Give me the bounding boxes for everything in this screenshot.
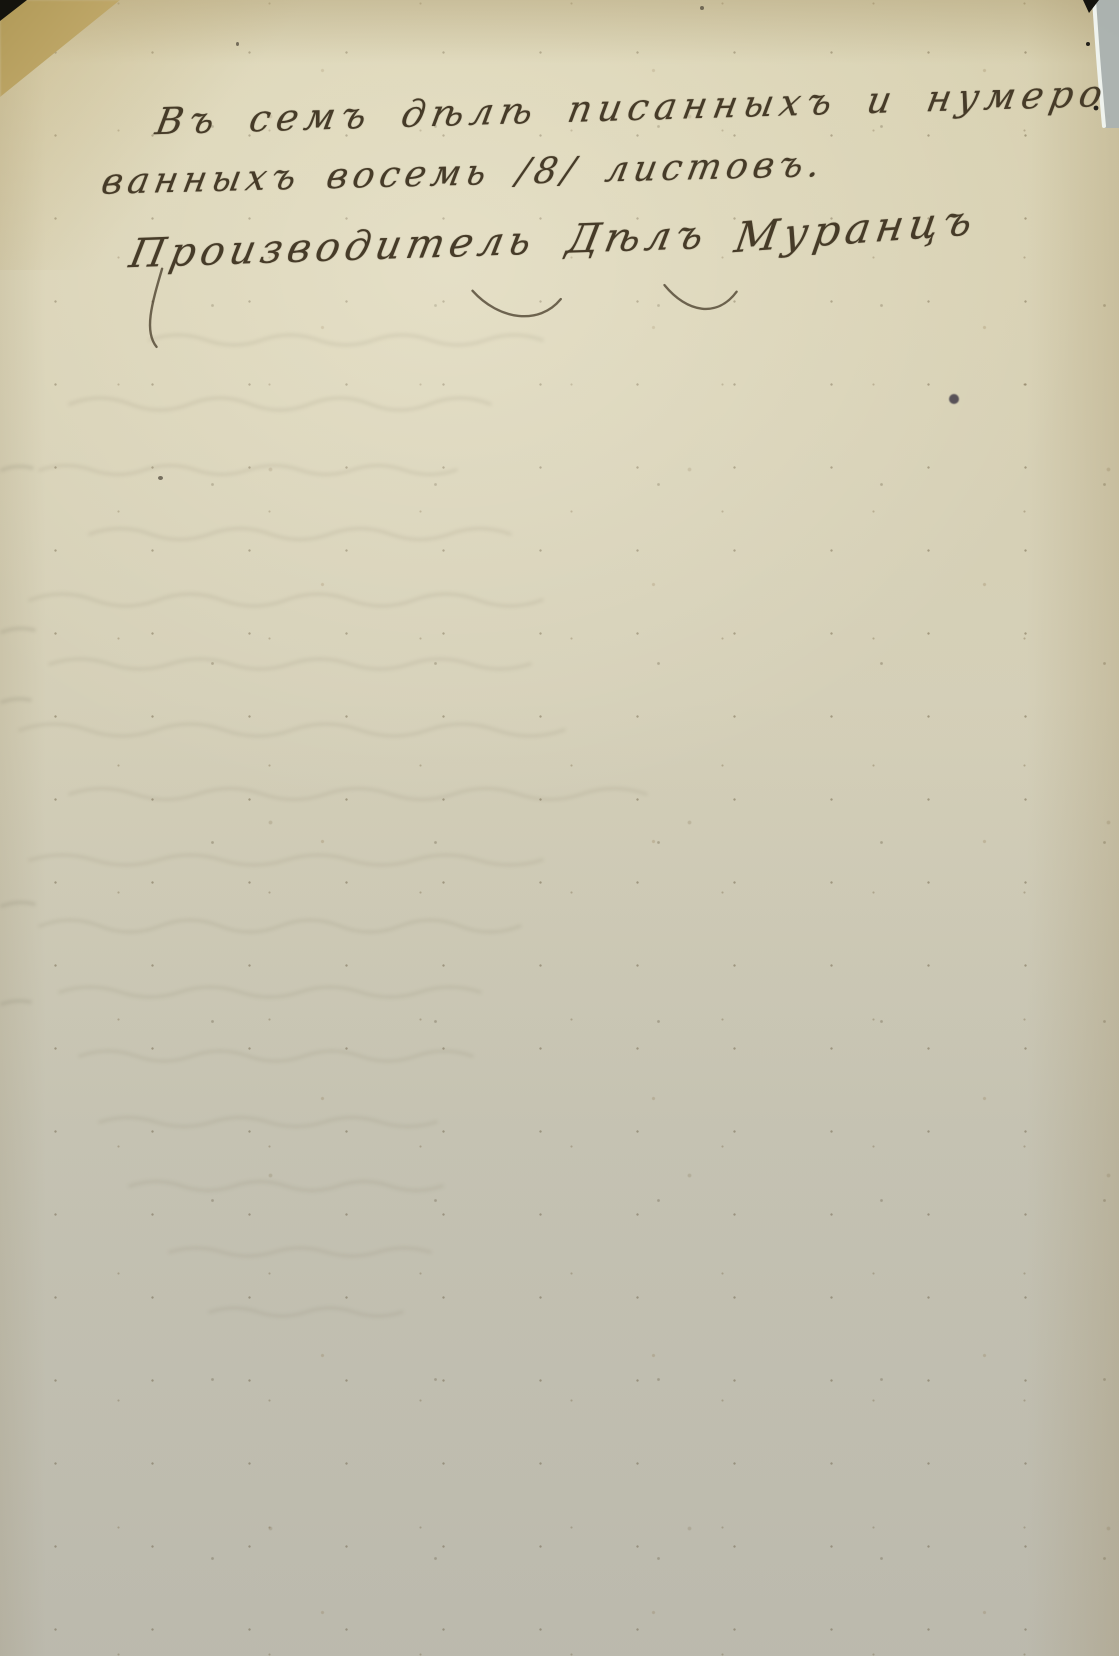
paper-speck <box>158 476 163 480</box>
document-scan: Въ семъ дѣлѣ писанныхъ и нумеро — ванных… <box>0 0 1119 1656</box>
ink-blot <box>949 394 959 404</box>
inscription-block: Въ семъ дѣлѣ писанныхъ и нумеро — ванных… <box>0 0 1116 4</box>
signature-flourish <box>0 0 1119 404</box>
